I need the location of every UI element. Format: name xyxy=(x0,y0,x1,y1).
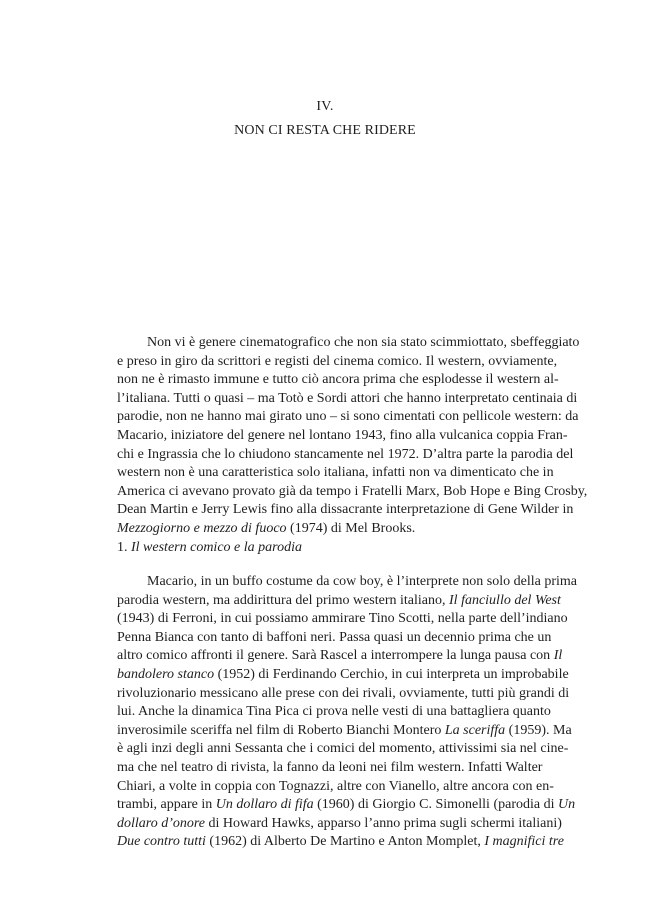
text-run: Dean Martin e Jerry Lewis fino alla diss… xyxy=(117,502,573,517)
text-run: non ne è rimasto immune e tutto ciò anco… xyxy=(117,372,559,387)
italic-title: bandolero stanco xyxy=(117,667,214,682)
text-line: America ci avevano provato già da tempo … xyxy=(117,483,537,502)
text-line: parodia western, ma addirittura del prim… xyxy=(117,592,537,611)
italic-title: La sceriffa xyxy=(445,723,505,738)
text-run: (1962) di Alberto De Martino e Anton Mom… xyxy=(206,834,484,849)
text-line: è agli inzi degli anni Sessanta che i co… xyxy=(117,740,537,759)
chapter-title: NON CI RESTA CHE RIDERE xyxy=(0,123,650,139)
chapter-number: IV. xyxy=(0,99,650,115)
text-line: trambi, appare in Un dollaro di fifa (19… xyxy=(117,796,537,815)
italic-title: Un dollaro di fifa xyxy=(216,797,314,812)
italic-title: Un xyxy=(558,797,575,812)
text-line: lui. Anche la dinamica Tina Pica ci prov… xyxy=(117,703,537,722)
text-run: Macario, in un buffo costume da cow boy,… xyxy=(147,574,577,589)
text-line: chi e Ingrassia che lo chiudono stancame… xyxy=(117,446,537,465)
text-run: e preso in giro da scrittori e registi d… xyxy=(117,354,557,369)
text-line: rivoluzionario messicano alle prese con … xyxy=(117,685,537,704)
text-line: Due contro tutti (1962) di Alberto De Ma… xyxy=(117,833,537,852)
text-line: ma che nel teatro di rivista, la fanno d… xyxy=(117,759,537,778)
text-run: western non è una caratteristica solo it… xyxy=(117,465,554,480)
text-line: Macario, iniziatore del genere nel lonta… xyxy=(117,427,537,446)
text-run: l’italiana. Tutti o quasi – ma Totò e So… xyxy=(117,391,577,406)
text-run: Macario, iniziatore del genere nel lonta… xyxy=(117,428,568,443)
text-run: (1959). Ma xyxy=(505,723,572,738)
text-line: Mezzogiorno e mezzo di fuoco (1974) di M… xyxy=(117,520,537,539)
text-run: altro comico affronti il genere. Sarà Ra… xyxy=(117,648,554,663)
text-run: Non vi è genere cinematografico che non … xyxy=(147,335,579,350)
text-run: Chiari, a volte in coppia con Tognazzi, … xyxy=(117,779,554,794)
text-line: l’italiana. Tutti o quasi – ma Totò e So… xyxy=(117,390,537,409)
text-line: altro comico affronti il genere. Sarà Ra… xyxy=(117,647,537,666)
text-line: western non è una caratteristica solo it… xyxy=(117,464,537,483)
text-run: trambi, appare in xyxy=(117,797,216,812)
section-heading: 1. Il western comico e la parodia xyxy=(117,540,302,556)
section-paragraph: Macario, in un buffo costume da cow boy,… xyxy=(117,573,537,852)
text-line: Macario, in un buffo costume da cow boy,… xyxy=(117,573,537,592)
intro-paragraph: Non vi è genere cinematografico che non … xyxy=(117,334,537,539)
text-run: chi e Ingrassia che lo chiudono stancame… xyxy=(117,447,573,462)
text-run: (1952) di Ferdinando Cerchio, in cui int… xyxy=(214,667,569,682)
italic-title: Mezzogiorno e mezzo di fuoco xyxy=(117,521,287,536)
section-title: Il western comico e la parodia xyxy=(131,540,302,555)
italic-title: Il fanciullo del West xyxy=(449,593,561,608)
text-run: è agli inzi degli anni Sessanta che i co… xyxy=(117,741,568,756)
text-run: di Howard Hawks, apparso l’anno prima su… xyxy=(205,816,562,831)
italic-title: dollaro d’onore xyxy=(117,816,205,831)
text-run: lui. Anche la dinamica Tina Pica ci prov… xyxy=(117,704,551,719)
text-run: America ci avevano provato già da tempo … xyxy=(117,484,587,499)
text-line: inverosimile sceriffa nel film di Robert… xyxy=(117,722,537,741)
text-line: e preso in giro da scrittori e registi d… xyxy=(117,353,537,372)
text-line: (1943) di Ferroni, in cui possiamo ammir… xyxy=(117,610,537,629)
text-run: Penna Bianca con tanto di baffoni neri. … xyxy=(117,630,551,645)
text-run: ma che nel teatro di rivista, la fanno d… xyxy=(117,760,542,775)
text-run: (1974) di Mel Brooks. xyxy=(287,521,416,536)
text-line: Chiari, a volte in coppia con Tognazzi, … xyxy=(117,778,537,797)
book-page: IV. NON CI RESTA CHE RIDERE Non vi è gen… xyxy=(0,0,650,917)
text-line: bandolero stanco (1952) di Ferdinando Ce… xyxy=(117,666,537,685)
text-run: (1960) di Giorgio C. Simonelli (parodia … xyxy=(314,797,558,812)
text-line: non ne è rimasto immune e tutto ciò anco… xyxy=(117,371,537,390)
text-run: parodia western, ma addirittura del prim… xyxy=(117,593,449,608)
text-run: rivoluzionario messicano alle prese con … xyxy=(117,686,569,701)
text-line: Penna Bianca con tanto di baffoni neri. … xyxy=(117,629,537,648)
text-line: Non vi è genere cinematografico che non … xyxy=(117,334,537,353)
italic-title: Il xyxy=(554,648,563,663)
section-number: 1. xyxy=(117,540,128,555)
italic-title: Due contro tutti xyxy=(117,834,206,849)
italic-title: I magnifici tre xyxy=(484,834,564,849)
text-run: (1943) di Ferroni, in cui possiamo ammir… xyxy=(117,611,568,626)
text-line: parodie, non ne hanno mai girato uno – s… xyxy=(117,408,537,427)
text-run: parodie, non ne hanno mai girato uno – s… xyxy=(117,409,579,424)
text-run: inverosimile sceriffa nel film di Robert… xyxy=(117,723,445,738)
text-line: dollaro d’onore di Howard Hawks, apparso… xyxy=(117,815,537,834)
text-line: Dean Martin e Jerry Lewis fino alla diss… xyxy=(117,501,537,520)
